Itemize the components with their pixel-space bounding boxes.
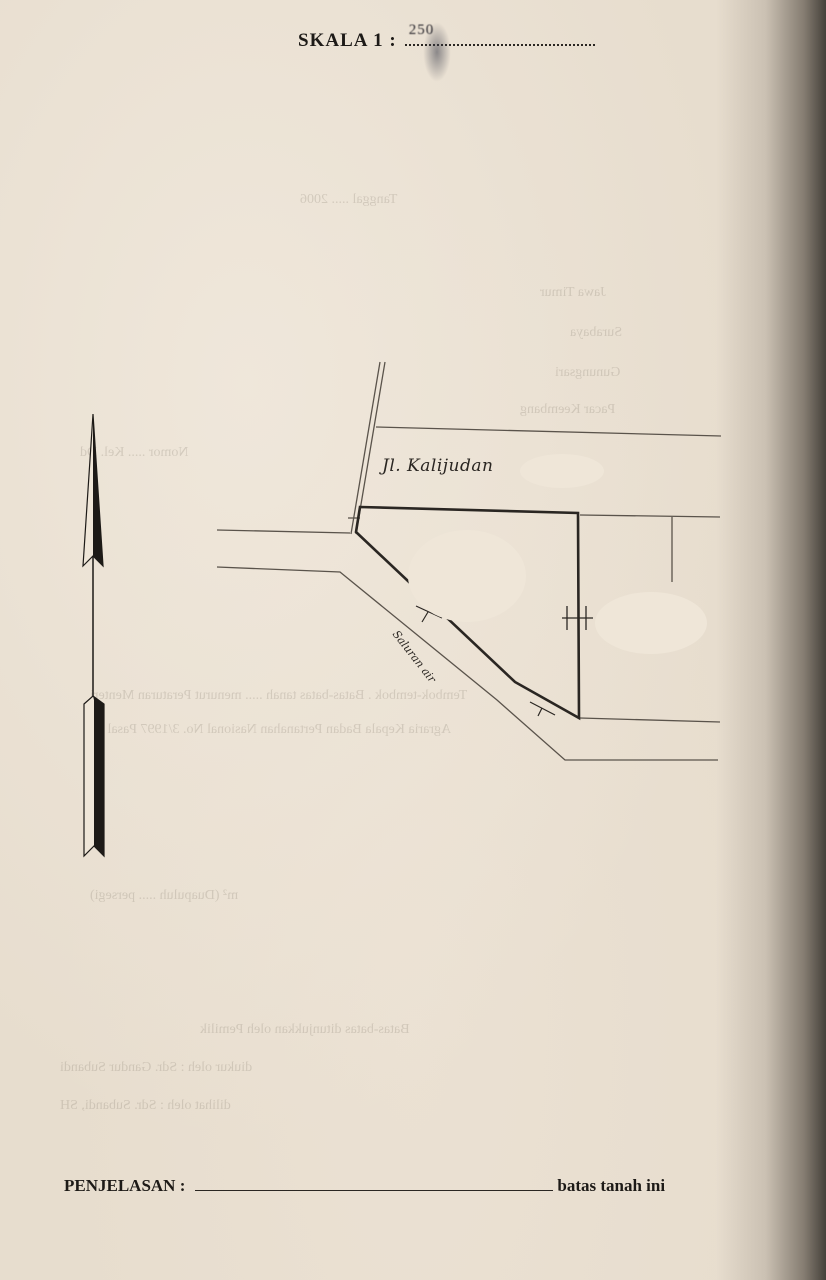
street-label: Jl. Kalijudan [382, 456, 493, 476]
redacted-area [408, 530, 526, 622]
legend-line-sample [195, 1178, 553, 1191]
redacted-area [595, 592, 707, 654]
parcel-map [0, 0, 826, 1280]
canal-ticks [416, 606, 555, 716]
legend-description: batas tanah ini [557, 1176, 665, 1196]
redacted-area [520, 454, 604, 488]
page-edge-shadow [716, 0, 826, 1280]
north-arrow-icon [83, 414, 104, 856]
document-page: Tanggal ..... 2006 Jawa Timur Surabaya G… [0, 0, 826, 1280]
legend: PENJELASAN : batas tanah ini [64, 1176, 714, 1196]
legend-label: PENJELASAN : [64, 1176, 185, 1196]
